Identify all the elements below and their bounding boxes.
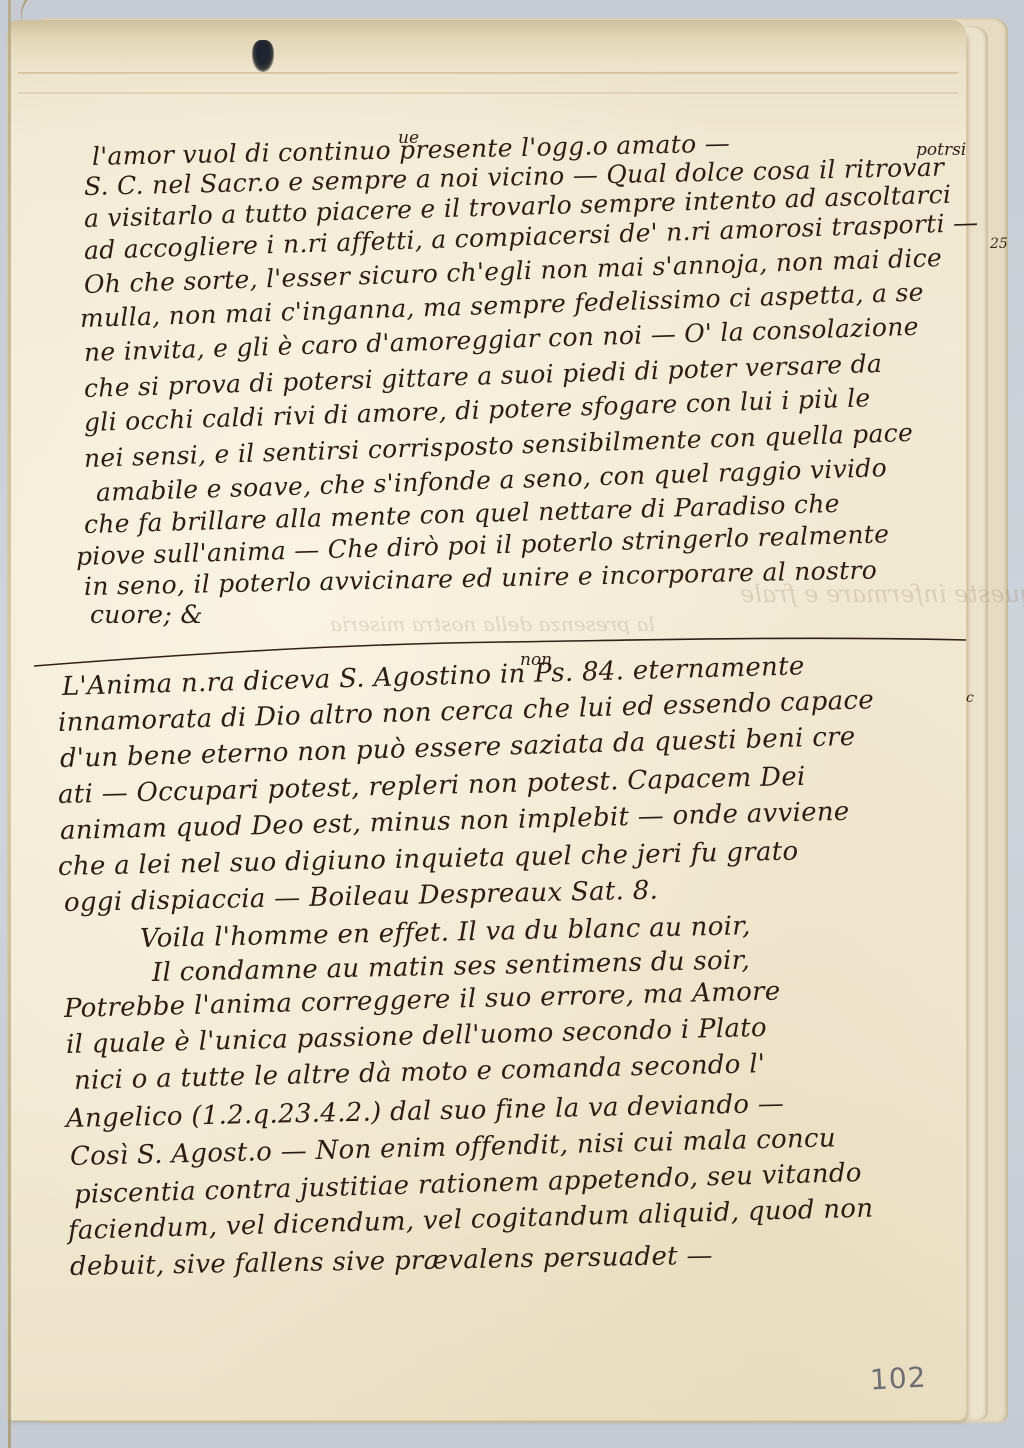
water-stain [18, 72, 958, 74]
page-top-edge [8, 20, 966, 70]
manuscript-line: cuore; & [90, 600, 203, 629]
water-stain [18, 92, 958, 94]
folio-number: 102 [869, 1361, 927, 1397]
underlying-page-mark: 25 [990, 236, 1008, 252]
binding-string [8, 0, 11, 1448]
ink-blot [252, 40, 274, 72]
underlying-page-mark: c [966, 690, 974, 706]
